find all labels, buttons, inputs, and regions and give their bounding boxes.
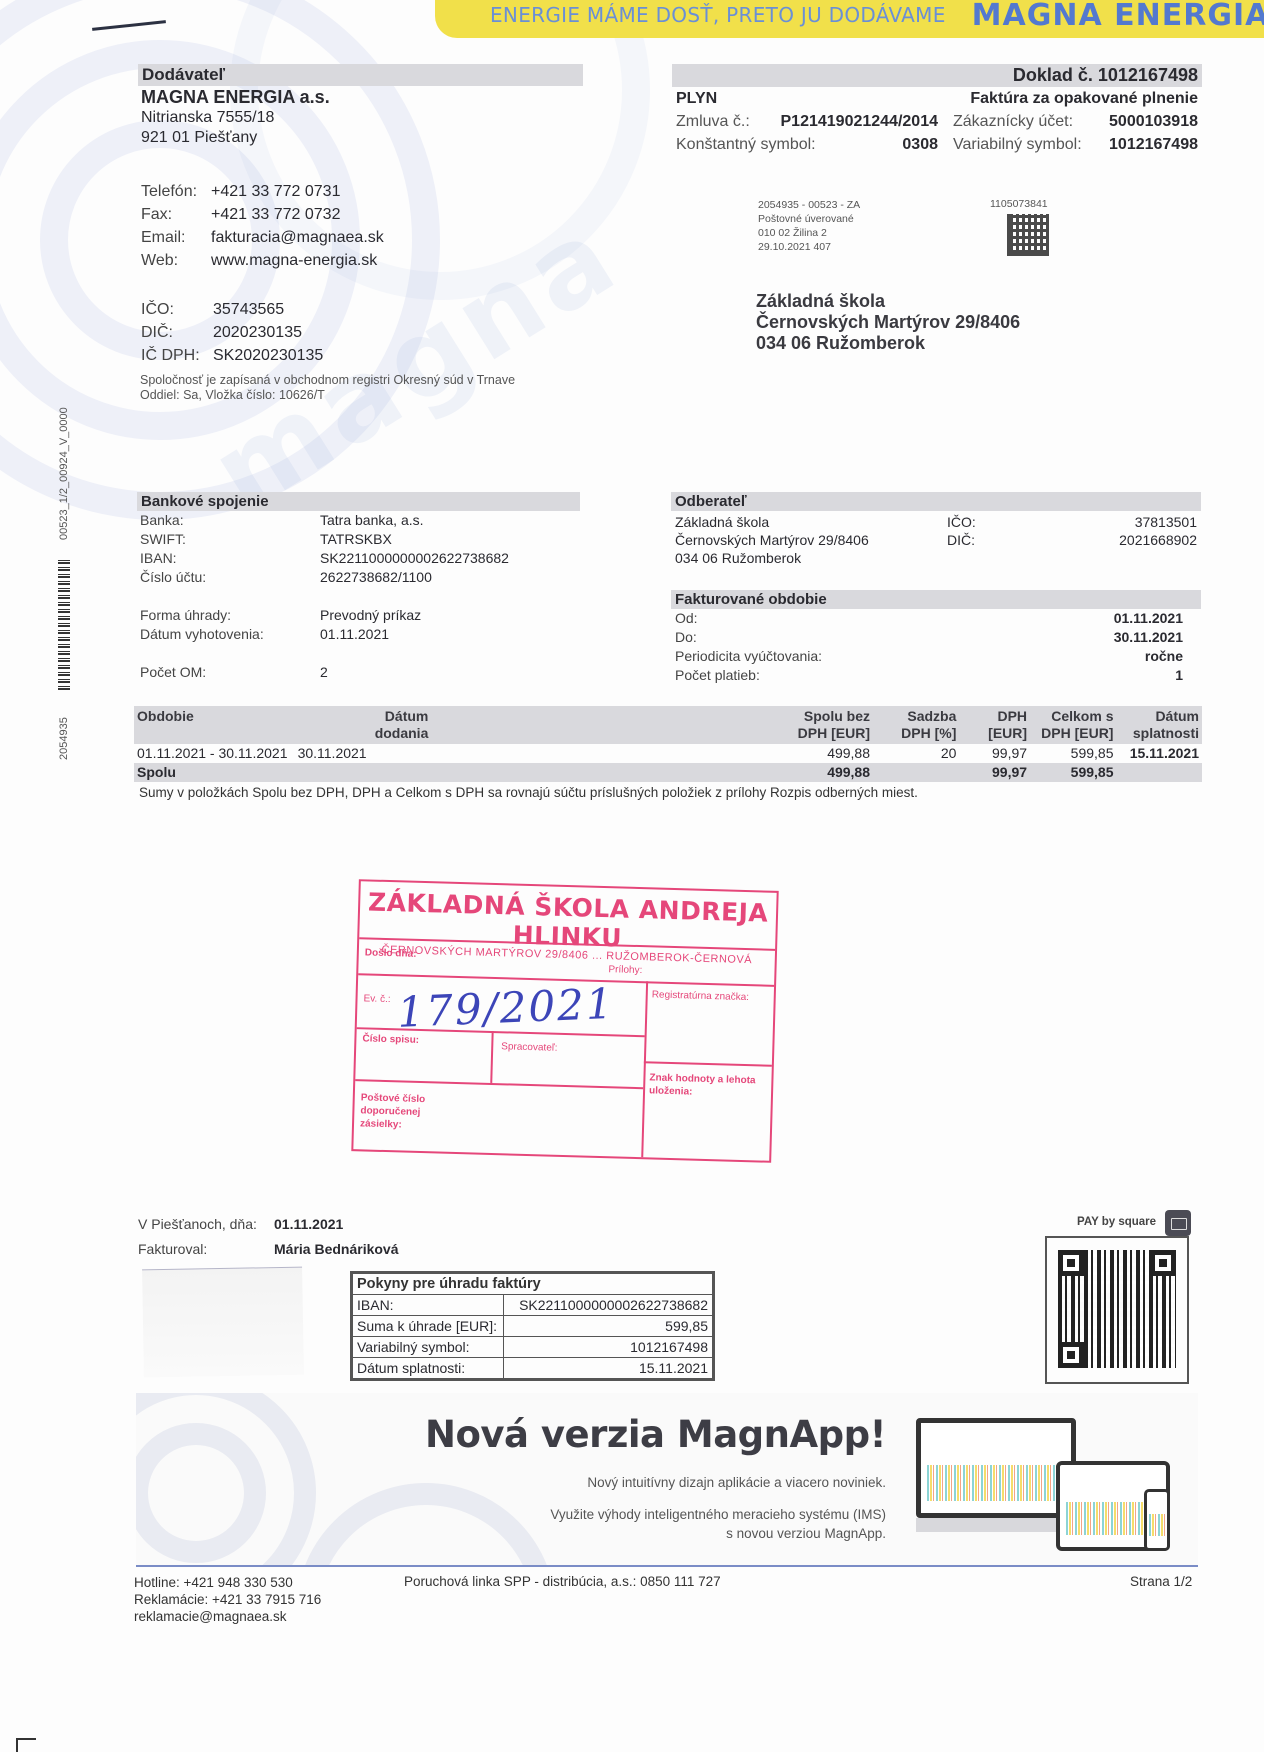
pay-vs-label: Variabilný symbol:: [352, 1337, 504, 1358]
customer-ico-value: 37813501: [1135, 513, 1197, 531]
payment-row: Suma k úhrade [EUR]:599,85: [352, 1316, 714, 1337]
footer-complaints-email: reklamacie@magnaea.sk: [134, 1608, 321, 1625]
postal-line-2: 010 02 Žilina 2: [758, 226, 860, 240]
document-number: Doklad č. 1012167498: [672, 64, 1202, 87]
pay-due-label: Dátum splatnosti:: [352, 1358, 504, 1380]
customer-line-2: Černovských Martýrov 29/8406: [675, 531, 947, 549]
customer-heading: Odberateľ: [671, 492, 1201, 511]
ico-label: IČO:: [141, 298, 213, 321]
total-vat: 99,97: [959, 763, 1030, 782]
scan-corner-mark: [16, 1738, 36, 1752]
stamp-attachments-label: Prílohy:: [608, 964, 642, 976]
pay-amount-label: Suma k úhrade [EUR]:: [352, 1316, 504, 1337]
side-code-number: 2054935: [58, 717, 70, 760]
web-label: Web:: [141, 249, 211, 272]
total-label: Spolu: [134, 763, 295, 782]
web-value: www.magna-energia.sk: [211, 249, 377, 272]
supplier-contacts: Telefón:+421 33 772 0731 Fax:+421 33 772…: [138, 180, 384, 272]
recipient-line-1: Základná škola: [756, 291, 1020, 312]
total-net: 499,88: [431, 763, 873, 782]
periodicity-label: Periodicita vyúčtovania:: [675, 647, 925, 666]
period-to-value: 30.11.2021: [925, 628, 1183, 647]
payment-row: Variabilný symbol:1012167498: [352, 1337, 714, 1358]
table-note: Sumy v položkách Spolu bez DPH, DPH a Ce…: [139, 785, 918, 800]
place-label: V Piešťanoch, dňa:: [138, 1212, 274, 1237]
col-delivery-date: Dátumdodania: [295, 706, 432, 744]
promo-line-2b: s novou verziou MagnApp.: [550, 1524, 886, 1543]
side-code-text: 00523_1/2_00924_V_0000: [58, 407, 70, 540]
col-vat-rate: SadzbaDPH [%]: [873, 706, 959, 744]
contract-value: P121419021244/2014: [781, 110, 939, 133]
period-to-label: Do:: [675, 628, 925, 647]
stamp-postal-label: Poštové číslo doporučenej zásielky:: [360, 1091, 431, 1132]
footer-hotline: Hotline: +421 948 330 530: [134, 1574, 321, 1591]
place-date: 01.11.2021: [274, 1212, 343, 1237]
customer-ico-label: IČO:: [947, 513, 976, 531]
pay-due-value: 15.11.2021: [504, 1358, 714, 1380]
total-empty: [1116, 763, 1202, 782]
dic-label: DIČ:: [141, 321, 213, 344]
customer-block: Odberateľ Základná škola Černovských Mar…: [671, 492, 1201, 567]
promo-title: Nová verzia MagnApp!: [425, 1413, 886, 1456]
email-label: Email:: [141, 226, 211, 249]
payment-instructions-heading: Pokyny pre úhradu faktúry: [352, 1273, 714, 1295]
stamp-file-label: Číslo spisu:: [362, 1033, 419, 1046]
variable-symbol-value: 1012167498: [1109, 133, 1198, 156]
supplier-ids: IČO:35743565 DIČ:2020230135 IČ DPH:SK202…: [138, 298, 323, 367]
account-label: Číslo účtu:: [140, 568, 320, 587]
constant-symbol-label: Konštantný symbol:: [676, 133, 816, 156]
fax-value: +421 33 772 0732: [211, 203, 340, 226]
invoiced-by-value: Mária Bednáriková: [274, 1237, 399, 1262]
footer-contacts: Hotline: +421 948 330 530 Reklamácie: +4…: [134, 1574, 321, 1625]
period-heading: Fakturované obdobie: [671, 590, 1201, 609]
recipient-line-3: 034 06 Ružomberok: [756, 333, 1020, 354]
total-empty: [873, 763, 959, 782]
dic-value: 2020230135: [213, 321, 302, 344]
total-gross: 599,85: [1030, 763, 1116, 782]
cell-vat-rate: 20: [873, 744, 959, 763]
recipient-address: Základná škola Černovských Martýrov 29/8…: [756, 291, 1020, 354]
postal-info: 2054935 - 00523 - ZA Poštovné úverované …: [758, 198, 860, 254]
top-banner: ENERGIE MÁME DOSŤ, PRETO JU DODÁVAME MAG…: [435, 0, 1264, 38]
col-due-date: Dátumsplatnosti: [1116, 706, 1202, 744]
cell-vat: 99,97: [959, 744, 1030, 763]
payment-form-label: Forma úhrady:: [140, 606, 320, 625]
col-period: Obdobie: [134, 706, 295, 744]
iban-value: SK2211000000002622738682: [320, 549, 509, 568]
phone-illustration: [1144, 1489, 1170, 1551]
issue-info: V Piešťanoch, dňa:01.11.2021 Fakturoval:…: [138, 1212, 399, 1262]
col-net: Spolu bezDPH [EUR]: [431, 706, 873, 744]
account-value: 2622738682/1100: [320, 568, 432, 587]
pay-vs-value: 1012167498: [504, 1337, 714, 1358]
pay-amount-value: 599,85: [504, 1316, 714, 1337]
payment-row: IBAN:SK2211000000002622738682: [352, 1295, 714, 1316]
promo-line-2: Využite výhody inteligentného meracieho …: [550, 1505, 886, 1543]
email-value: fakturacia@magnaea.sk: [211, 226, 384, 249]
brand-logo: MAGNA ENERGIA: [972, 0, 1264, 33]
customer-dic-label: DIČ:: [947, 531, 975, 549]
cell-period: 01.11.2021 - 30.11.2021: [134, 744, 295, 763]
ico-value: 35743565: [213, 298, 284, 321]
payments-count-value: 1: [925, 666, 1183, 685]
document-type: Faktúra za opakované plnenie: [970, 87, 1198, 110]
bank-block: Bankové spojenie Banka:Tatra banka, a.s.…: [137, 492, 580, 682]
recipient-line-2: Černovských Martýrov 29/8406: [756, 312, 1020, 333]
bank-label: Banka:: [140, 511, 320, 530]
payment-instructions: Pokyny pre úhradu faktúry IBAN:SK2211000…: [350, 1271, 715, 1381]
swift-value: TATRSKBX: [320, 530, 392, 549]
payment-form-value: Prevodný príkaz: [320, 606, 421, 625]
postal-code-line: 2054935 - 00523 - ZA: [758, 198, 860, 212]
col-gross: Celkom sDPH [EUR]: [1030, 706, 1116, 744]
phone-value: +421 33 772 0731: [211, 180, 340, 203]
om-count-value: 2: [320, 663, 328, 682]
payment-row: Dátum splatnosti:15.11.2021: [352, 1358, 714, 1380]
stamp-ev-label: Ev. č.:: [363, 993, 390, 1005]
tracking-number: 1105073841: [990, 198, 1048, 210]
promo-banner: Nová verzia MagnApp! Nový intuitívny diz…: [136, 1393, 1198, 1567]
pay-qr-code: [1058, 1250, 1176, 1368]
issue-date-label: Dátum vyhotovenia:: [140, 625, 320, 644]
signature-area: [142, 1267, 304, 1378]
constant-symbol-value: 0308: [902, 133, 938, 156]
supplier-city: 921 01 Piešťany: [138, 128, 583, 148]
supplier-block: Dodávateľ MAGNA ENERGIA a.s. Nitrianska …: [138, 64, 583, 148]
om-count-label: Počet OM:: [140, 663, 320, 682]
stamp-received-label: Došlo dňa:: [365, 947, 417, 959]
stamp-retention-label: Znak hodnoty a lehota uloženia:: [649, 1071, 760, 1100]
document-header: Doklad č. 1012167498 PLYN Faktúra za opa…: [672, 64, 1202, 156]
page-number: Strana 1/2: [1130, 1574, 1192, 1589]
registry-stamp: ZÁKLADNÁ ŠKOLA ANDREJA HLINKU ČERNOVSKÝC…: [351, 879, 778, 1163]
variable-symbol-label: Variabilný symbol:: [953, 133, 1082, 156]
customer-line-1: Základná škola: [675, 513, 947, 531]
customer-account-value: 5000103918: [1109, 110, 1198, 133]
periodicity-value: ročne: [925, 647, 1183, 666]
issue-date-value: 01.11.2021: [320, 625, 389, 644]
bank-value: Tatra banka, a.s.: [320, 511, 424, 530]
stamp-processor-label: Spracovateľ:: [501, 1041, 558, 1054]
datamatrix-code: [1007, 214, 1049, 256]
total-empty: [295, 763, 432, 782]
billing-period-block: Fakturované obdobie Od:01.11.2021 Do:30.…: [671, 590, 1201, 685]
contract-label: Zmluva č.:: [676, 110, 750, 133]
postal-line-1: Poštovné úverované: [758, 212, 860, 226]
footer-outage-line: Poruchová linka SPP - distribúcia, a.s.:…: [404, 1574, 721, 1589]
fax-label: Fax:: [141, 203, 211, 226]
pay-by-square-label: PAY by square: [1077, 1216, 1156, 1228]
banner-slogan: ENERGIE MÁME DOSŤ, PRETO JU DODÁVAME: [490, 3, 946, 27]
supplier-heading: Dodávateľ: [138, 64, 583, 86]
pay-iban-value: SK2211000000002622738682: [504, 1295, 714, 1316]
footer-complaints: Reklamácie: +421 33 7915 716: [134, 1591, 321, 1608]
invoice-table-header: Obdobie Dátumdodania Spolu bezDPH [EUR] …: [134, 706, 1202, 744]
stamp-ev-handwritten: 179/2021: [396, 979, 615, 1037]
stamp-reg-label: Registratúrna značka:: [652, 989, 750, 1003]
promo-line-2a: Využite výhody inteligentného meracieho …: [550, 1505, 886, 1524]
pay-iban-label: IBAN:: [352, 1295, 504, 1316]
registry-line-2: Oddiel: Sa, Vložka číslo: 10626/T: [140, 388, 578, 403]
swift-label: SWIFT:: [140, 530, 320, 549]
bank-heading: Bankové spojenie: [137, 492, 580, 511]
cell-due-date: 15.11.2021: [1116, 744, 1202, 763]
table-total-row: Spolu 499,88 99,97 599,85: [134, 763, 1202, 782]
col-vat: DPH[EUR]: [959, 706, 1030, 744]
customer-dic-value: 2021668902: [1119, 531, 1197, 549]
cell-net: 499,88: [431, 744, 873, 763]
cell-delivery-date: 30.11.2021: [295, 744, 432, 763]
icdph-label: IČ DPH:: [141, 344, 213, 367]
icdph-value: SK2020230135: [213, 344, 323, 367]
table-row: 01.11.2021 - 30.11.2021 30.11.2021 499,8…: [134, 744, 1202, 763]
monitor-stand: [916, 1518, 1076, 1532]
supplier-name: MAGNA ENERGIA a.s.: [138, 87, 583, 108]
promo-line-1: Nový intuitívny dizajn aplikácie a viace…: [587, 1475, 886, 1490]
cell-gross: 599,85: [1030, 744, 1116, 763]
payments-count-label: Počet platieb:: [675, 666, 925, 685]
phone-label: Telefón:: [141, 180, 211, 203]
iban-label: IBAN:: [140, 549, 320, 568]
side-barcode: [58, 560, 70, 690]
invoiced-by-label: Fakturoval:: [138, 1237, 274, 1262]
customer-line-3: 034 06 Ružomberok: [675, 549, 947, 567]
postal-line-3: 29.10.2021 407: [758, 240, 860, 254]
pen-mark: [92, 20, 166, 31]
customer-account-label: Zákaznícky účet:: [953, 110, 1073, 133]
registry-note: Spoločnosť je zapísaná v obchodnom regis…: [138, 373, 578, 403]
period-from-label: Od:: [675, 609, 925, 628]
commodity: PLYN: [676, 87, 717, 110]
monitor-illustration: [916, 1418, 1076, 1518]
registry-line-1: Spoločnosť je zapísaná v obchodnom regis…: [140, 373, 578, 388]
card-icon: [1165, 1210, 1191, 1236]
invoice-table: Obdobie Dátumdodania Spolu bezDPH [EUR] …: [134, 706, 1202, 782]
period-from-value: 01.11.2021: [925, 609, 1183, 628]
supplier-street: Nitrianska 7555/18: [138, 108, 583, 128]
